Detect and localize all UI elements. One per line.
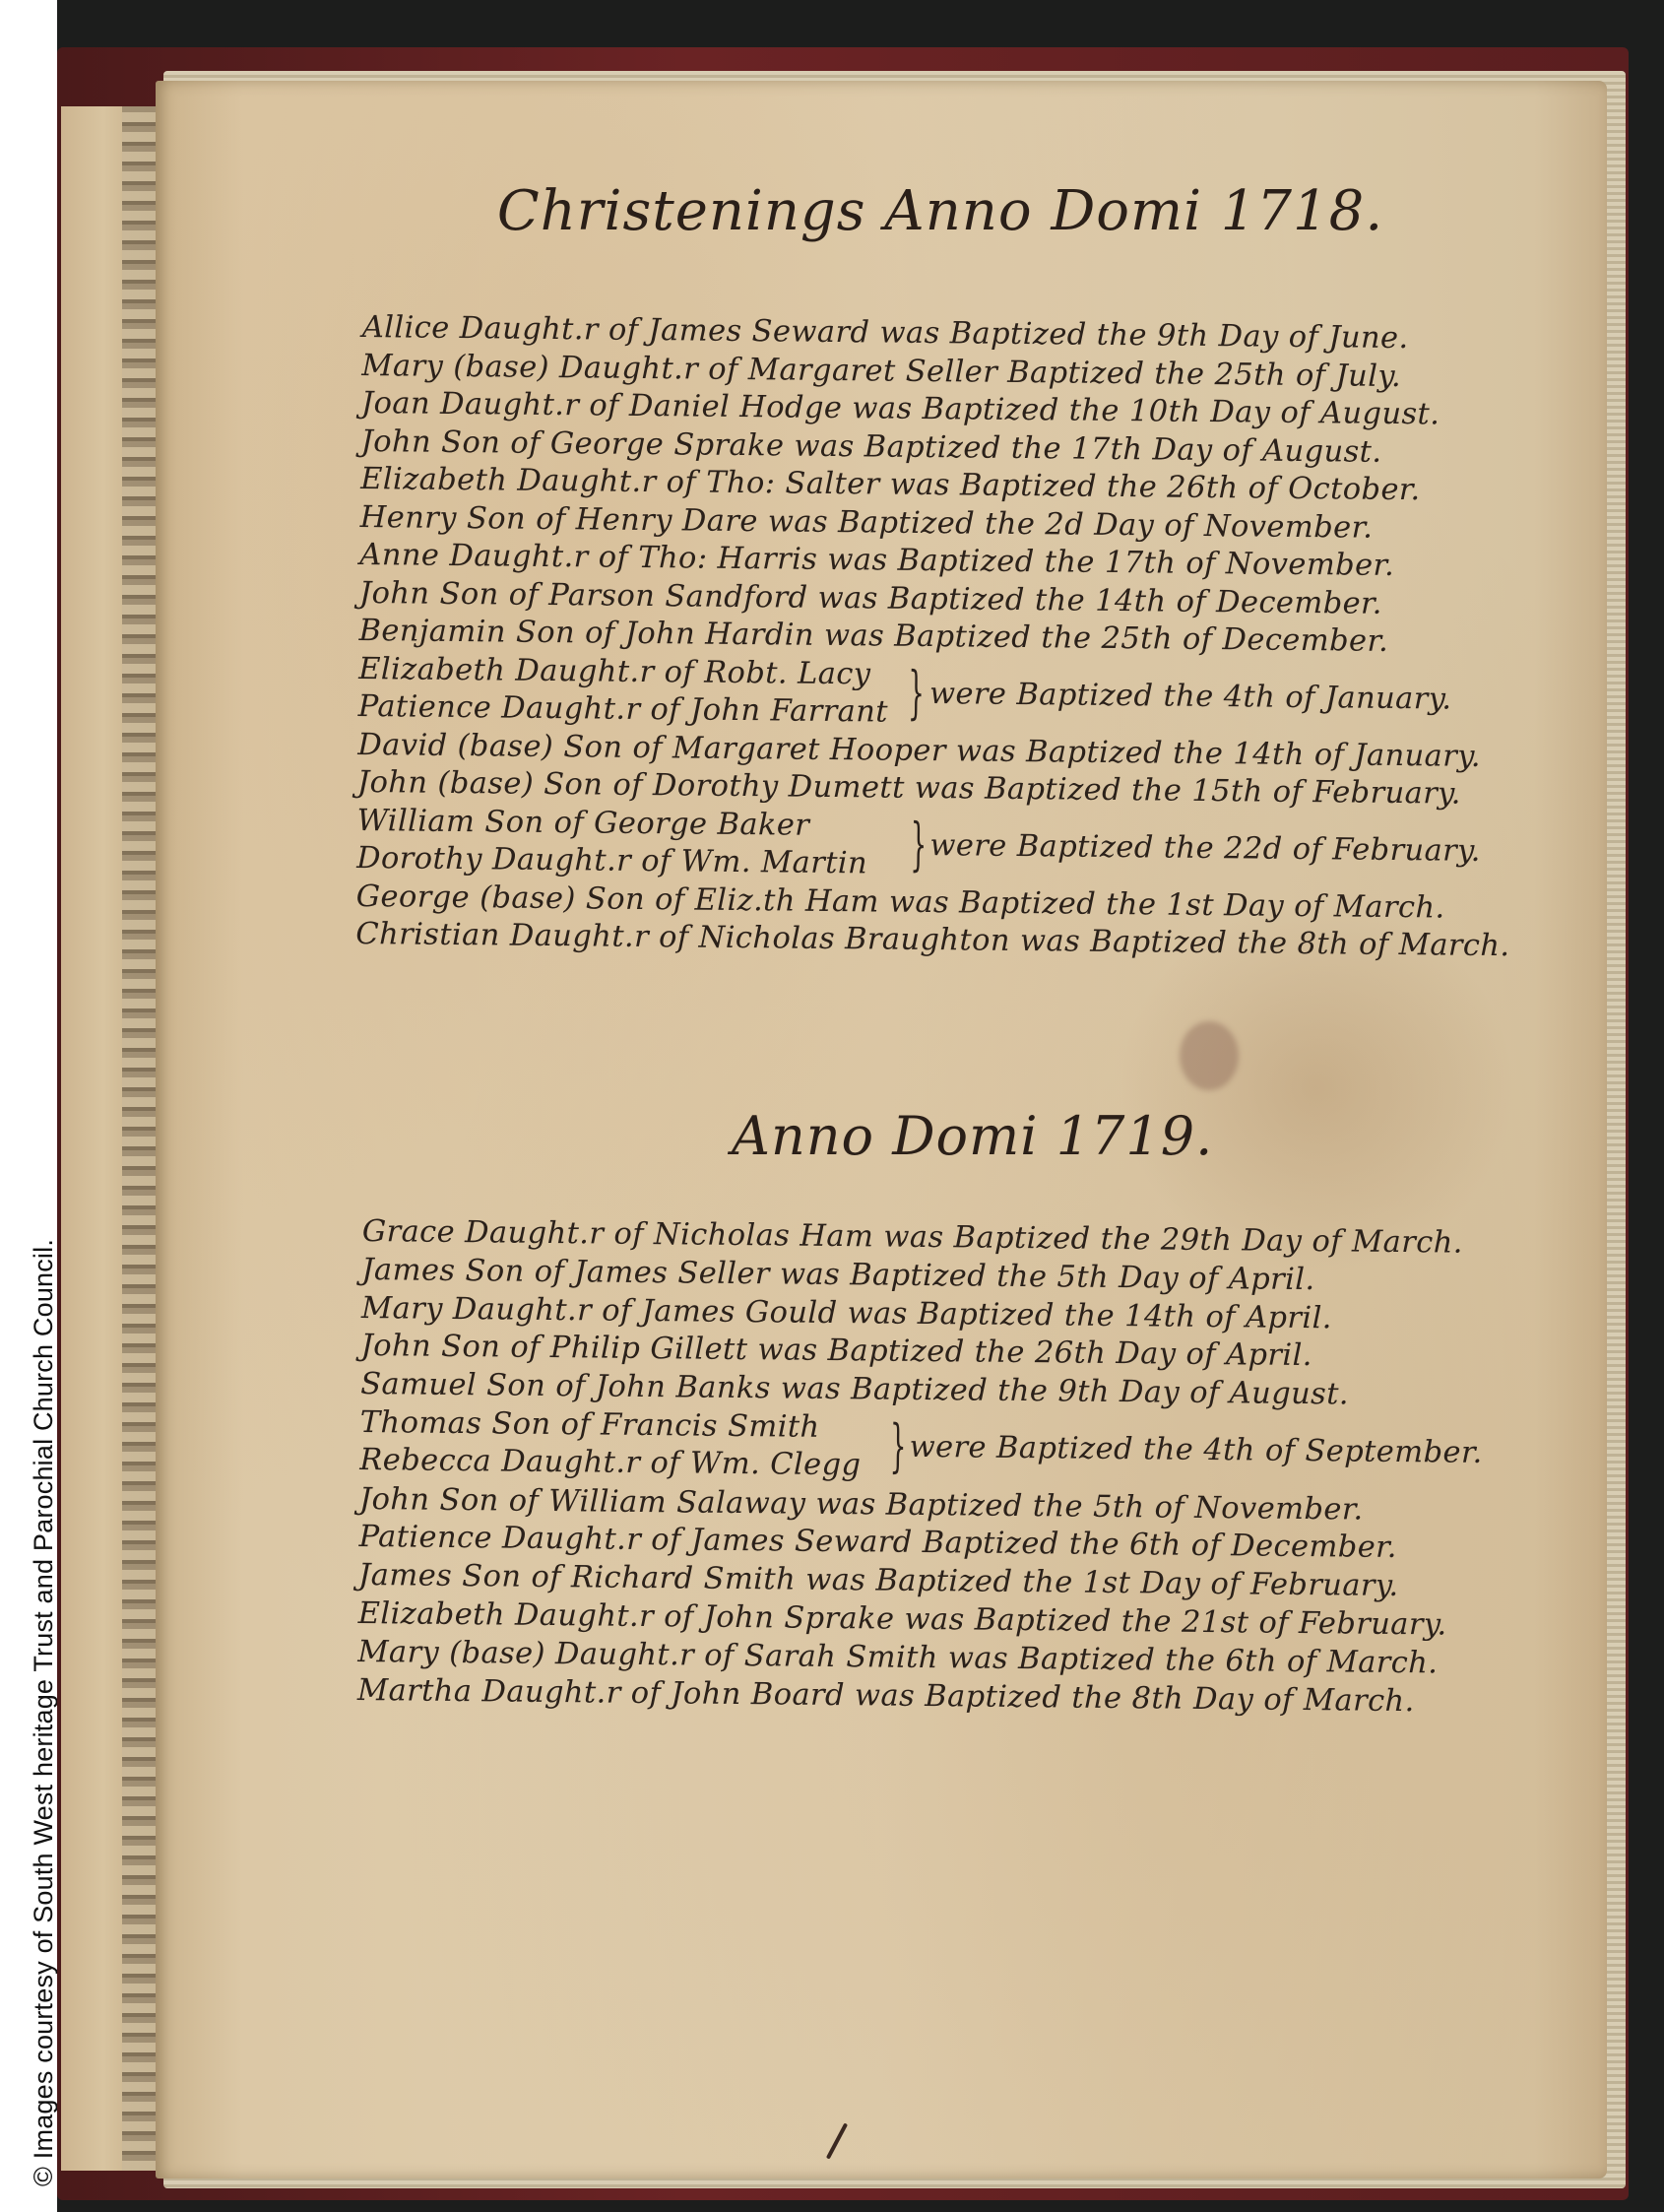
credit-strip: © Images courtesy of South West heritage… (0, 0, 57, 2212)
pair-name: Dorothy Daught.r of Wm. Martin (356, 840, 867, 883)
heading-1719: Anno Domi 1719. (732, 1105, 1213, 1167)
brace-glyph: } (889, 1414, 906, 1477)
entries-1719: Grace Daught.r of Nicholas Ham was Bapti… (357, 1213, 1588, 1723)
register-entry-pair: Elizabeth Daught.r of Robt. Lacy Patienc… (358, 650, 1585, 739)
pair-name: Thomas Son of Francis Smith (360, 1404, 862, 1448)
ink-stain (1180, 1021, 1239, 1090)
pair-names: William Son of George Baker Dorothy Daug… (356, 802, 868, 882)
register-page: Christenings Anno Domi 1718. Allice Daug… (156, 81, 1607, 2179)
pair-name: Rebecca Daught.r of Wm. Clegg (359, 1442, 861, 1485)
pair-name: William Son of George Baker (356, 802, 867, 845)
pair-name: Elizabeth Daught.r of Robt. Lacy (358, 650, 889, 693)
folio-number-mark (826, 2122, 848, 2159)
pair-shared-text: were Baptized the 4th of September. (909, 1429, 1483, 1473)
register-entry-pair: William Son of George Baker Dorothy Daug… (356, 802, 1583, 890)
entries-1718: Allice Daught.r of James Seward was Bapt… (355, 309, 1588, 967)
pair-shared-text: were Baptized the 22d of February. (929, 827, 1481, 871)
heading-1718: Christenings Anno Domi 1718. (156, 179, 1607, 243)
pair-name: Patience Daught.r of John Farrant (358, 688, 889, 732)
pair-names: Thomas Son of Francis Smith Rebecca Daug… (359, 1404, 862, 1485)
register-entry-pair: Thomas Son of Francis Smith Rebecca Daug… (359, 1404, 1586, 1494)
pair-shared-text: were Baptized the 4th of January. (929, 676, 1452, 719)
brace-glyph: } (910, 812, 927, 875)
image-credit: © Images courtesy of South West heritage… (29, 1239, 59, 2186)
folio-number: 1 (817, 2110, 818, 2111)
brace-glyph: } (908, 660, 925, 723)
pair-names: Elizabeth Daught.r of Robt. Lacy Patienc… (358, 650, 889, 732)
manuscript-scan: Christenings Anno Domi 1718. Allice Daug… (57, 0, 1664, 2212)
